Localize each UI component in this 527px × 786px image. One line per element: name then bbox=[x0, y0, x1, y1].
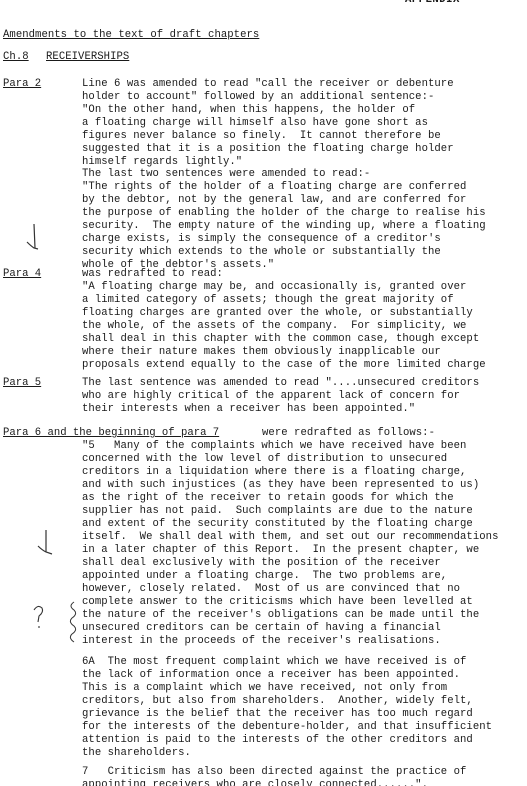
text-line: in a later chapter of this Report. In th… bbox=[82, 544, 479, 557]
text-line: creditors, but also from shareholders. A… bbox=[82, 695, 473, 708]
text-line: concerned with the low level of distribu… bbox=[82, 453, 447, 466]
appendix-label: APPENDIX bbox=[405, 0, 460, 7]
para-6-7-intro: were redrafted as follows:- bbox=[262, 427, 435, 440]
para-6-7-label: Para 6 and the beginning of para 7 bbox=[3, 427, 219, 440]
text-line: proposals extend equally to the case of … bbox=[82, 359, 486, 372]
text-line: "A floating charge may be, and occasiona… bbox=[82, 281, 466, 294]
document-title: Amendments to the text of draft chapters bbox=[3, 29, 259, 42]
text-line: "The rights of the holder of a floating … bbox=[82, 181, 466, 194]
text-line: Line 6 was amended to read "call the rec… bbox=[82, 78, 454, 91]
text-line: interest in the proceeds of the receiver… bbox=[82, 635, 441, 648]
text-line: the purpose of enabling the holder of th… bbox=[82, 207, 486, 220]
text-line: the lack of information once a receiver … bbox=[82, 669, 460, 682]
text-line: and extent of the security constituted b… bbox=[82, 518, 473, 531]
chapter-number: Ch.8 bbox=[3, 51, 29, 64]
text-line: appointing receivers who are closely con… bbox=[82, 779, 428, 786]
text-line: creditors in a liquidation where there i… bbox=[82, 466, 466, 479]
text-line: The last sentence was amended to read ".… bbox=[82, 377, 479, 390]
handwritten-query-mark-icon bbox=[30, 600, 80, 648]
text-line: a floating charge will himself also have… bbox=[82, 117, 428, 130]
text-line: holder to account" followed by an additi… bbox=[82, 91, 434, 104]
text-line: unsecured creditors can be certain of ha… bbox=[82, 622, 441, 635]
text-line: the whole, of the assets of the company.… bbox=[82, 320, 466, 333]
text-line: suggested that it is a position the floa… bbox=[82, 143, 454, 156]
text-line: by the debtor, not by the general law, a… bbox=[82, 194, 466, 207]
chapter-title: RECEIVERSHIPS bbox=[46, 51, 129, 64]
text-line: however, closely related. Most of us are… bbox=[82, 583, 460, 596]
text-line: 7 Criticism has also been directed again… bbox=[82, 766, 466, 779]
text-line: supplier has not paid. Such complaints a… bbox=[82, 505, 473, 518]
text-line: "On the other hand, when this happens, t… bbox=[82, 104, 415, 117]
text-line: attention is paid to the interests of th… bbox=[82, 734, 473, 747]
text-line: appointed under a floating charge. The t… bbox=[82, 570, 447, 583]
text-line: the nature of the receiver's obligations… bbox=[82, 609, 479, 622]
text-line: as the right of the receiver to retain g… bbox=[82, 492, 454, 505]
handwritten-mark-2-icon bbox=[34, 528, 56, 558]
text-line: the shareholders. bbox=[82, 747, 191, 760]
text-line: was redrafted to read: bbox=[82, 268, 223, 281]
text-line: 6A The most frequent complaint which we … bbox=[82, 656, 466, 669]
handwritten-mark-1-icon bbox=[22, 222, 44, 252]
text-line: charge exists, is simply the consequence… bbox=[82, 233, 441, 246]
para-2-label: Para 2 bbox=[3, 78, 41, 91]
text-line: shall deal exclusively with the position… bbox=[82, 557, 441, 570]
text-line: floating charges are granted over the wh… bbox=[82, 307, 473, 320]
text-line: "5 Many of the complaints which we have … bbox=[82, 440, 466, 453]
text-line: security which extends to the whole or s… bbox=[82, 246, 441, 259]
text-line: itself. We shall deal with them, and set… bbox=[82, 531, 498, 544]
text-line: The last two sentences were amended to r… bbox=[82, 168, 370, 181]
text-line: figures never balance so finely. It cann… bbox=[82, 130, 441, 143]
text-line: where their nature makes them obviously … bbox=[82, 346, 441, 359]
document-page: APPENDIX Amendments to the text of draft… bbox=[0, 0, 527, 786]
text-line: complete answer to the criticisms which … bbox=[82, 596, 473, 609]
text-line: This is a complaint which we have receiv… bbox=[82, 682, 447, 695]
text-line: and with such injustices (as they have b… bbox=[82, 479, 479, 492]
text-line: their interests when a receiver has been… bbox=[82, 403, 415, 416]
para-4-label: Para 4 bbox=[3, 268, 41, 281]
text-line: for the interests of the debenture-holde… bbox=[82, 721, 492, 734]
text-line: who are highly critical of the apparent … bbox=[82, 390, 460, 403]
text-line: shall deal in this chapter with the comm… bbox=[82, 333, 479, 346]
para-5-label: Para 5 bbox=[3, 377, 41, 390]
text-line: a limited category of assets; though the… bbox=[82, 294, 454, 307]
text-line: grievance is the belief that the receive… bbox=[82, 708, 473, 721]
text-line: security. The empty nature of the windin… bbox=[82, 220, 486, 233]
